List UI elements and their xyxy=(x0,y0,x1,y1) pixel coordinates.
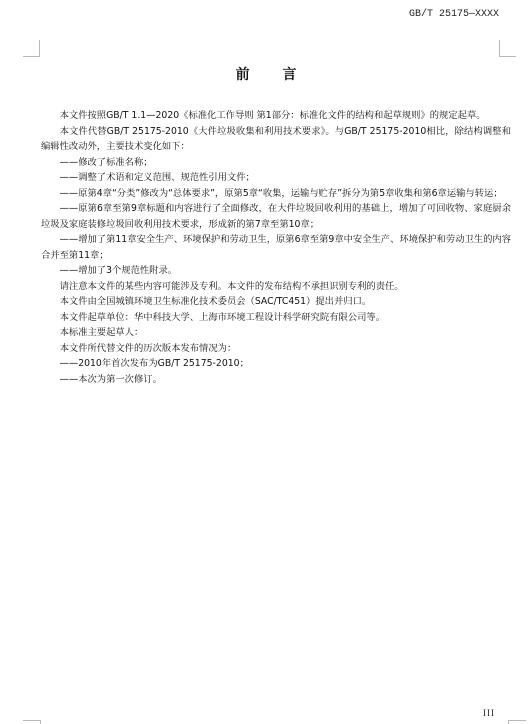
document-body: 本文件按照GB/T 1.1—2020《标准化工作导则 第1部分：标准化文件的结构… xyxy=(41,108,511,387)
change-item: ——增加了3个规范性附录。 xyxy=(41,263,511,279)
crop-mark-top-right xyxy=(499,40,516,57)
page-title: 前 言 xyxy=(0,64,532,84)
crop-mark-top-left xyxy=(23,40,40,57)
paragraph-history-intro: 本文件所代替文件的历次版本发布情况为： xyxy=(41,341,511,357)
change-item: ——增加了第11章安全生产、环境保护和劳动卫生，原第6章至第9章中安全生产、环境… xyxy=(41,232,511,263)
history-item: ——2010年首次发布为GB/T 25175-2010； xyxy=(41,356,511,372)
standard-code-header: GB/T 25175—XXXX xyxy=(409,9,499,20)
paragraph-replaces: 本文件代替GB/T 25175-2010《大件垃圾收集和利用技术要求》。与GB/… xyxy=(41,124,511,155)
paragraph-proposer: 本文件由全国城镇环境卫生标准化技术委员会（SAC/TC451）提出并归口。 xyxy=(41,294,511,310)
change-item: ——调整了术语和定义范围、规范性引用文件； xyxy=(41,170,511,186)
paragraph-drafters: 本标准主要起草人： xyxy=(41,325,511,341)
paragraph-drafting-units: 本文件起草单位：华中科技大学、上海市环境工程设计科学研究院有限公司等。 xyxy=(41,310,511,326)
crop-mark-bottom-left xyxy=(23,720,41,724)
change-item: ——原第6章至第9章标题和内容进行了全面修改，在大件垃圾回收利用的基础上，增加了… xyxy=(41,201,511,232)
change-item: ——修改了标准名称； xyxy=(41,155,511,171)
paragraph-drafting-basis: 本文件按照GB/T 1.1—2020《标准化工作导则 第1部分：标准化文件的结构… xyxy=(41,108,511,124)
page-number: III xyxy=(483,708,495,718)
crop-mark-bottom-right xyxy=(508,720,526,724)
change-item: ——原第4章“分类”修改为“总体要求”，原第5章“收集，运输与贮存”拆分为第5章… xyxy=(41,186,511,202)
history-item: ——本次为第一次修订。 xyxy=(41,372,511,388)
paragraph-patent-notice: 请注意本文件的某些内容可能涉及专利。本文件的发布结构不承担识别专利的责任。 xyxy=(41,279,511,295)
